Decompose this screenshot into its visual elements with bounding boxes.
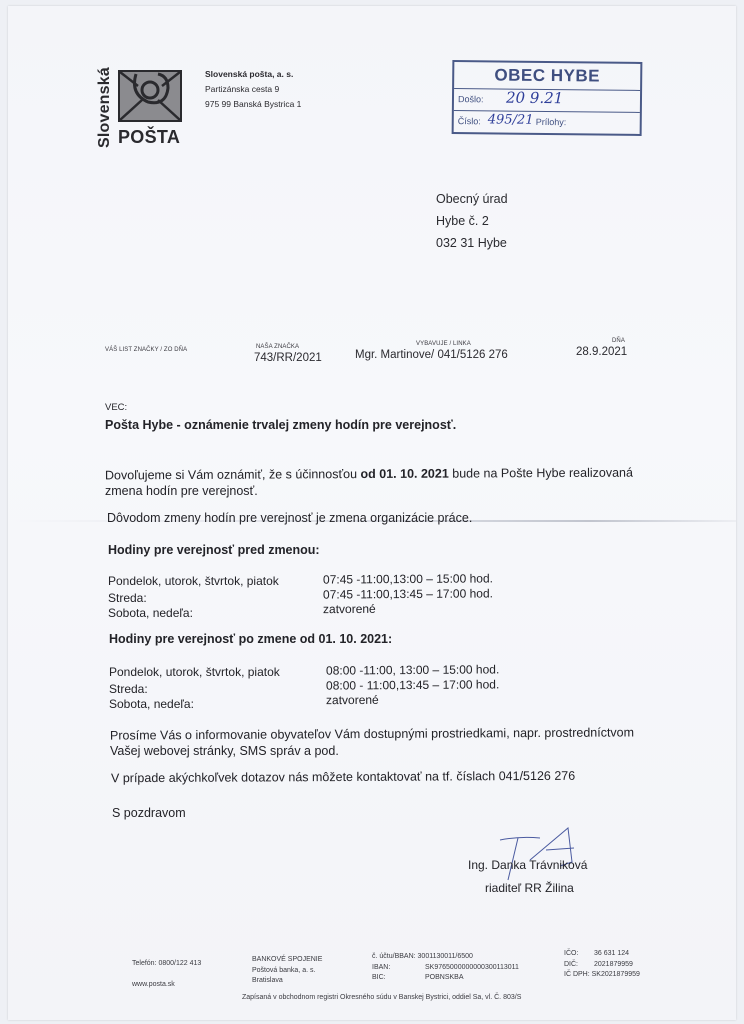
dic-label: DIČ: [564,961,578,968]
sender-address: Slovenská pošta, a. s. Partizánska cesta… [205,67,301,112]
stamp-number-label: Číslo: [458,116,481,126]
handled-by-label: VYBAVUJE / LINKA [416,341,471,347]
posthorn-logo-icon [118,70,182,122]
footer-web[interactable]: www.posta.sk [132,980,175,991]
hours-value: zatvorené [323,602,376,616]
sender-street: Partizánska cesta 9 [205,82,301,97]
account-value: 3001130011/6500 [418,953,473,960]
sender-city: 975 99 Banská Bystrica 1 [205,97,301,112]
footer-phone: Telefón: 0800/122 413 [132,959,201,970]
stamp-attachments-label: Prílohy: [536,112,567,133]
stamp-received-label: Došlo: [458,94,484,104]
received-stamp: OBEC HYBE Došlo: 20 9.21 Číslo: 495/21 P… [452,60,643,136]
hours-value: 08:00 -11:00, 13:00 – 15:00 hod. [326,662,499,677]
stamp-title: OBEC HYBE [454,62,640,91]
account-label: č. účtu/BBAN: [372,953,416,960]
reason-text: Dôvodom zmeny hodín pre verejnosť je zme… [107,511,472,525]
subject-title: Pošta Hybe - oznámenie trvalej zmeny hod… [105,418,456,432]
ico-label: IČO: [564,950,578,957]
stamp-number-value: 495/21 [488,109,534,130]
handwritten-signature-icon [480,822,590,882]
handled-by-value: Mgr. Martinove/ 041/5126 276 [355,349,508,361]
hours-days: Pondelok, utorok, štvrtok, piatok [109,665,280,679]
signatory-position: riaditeľ RR Žilina [485,881,574,895]
intro-pre: Dovoľujeme si Vám oznámiť, že s účinnosť… [105,467,361,482]
intro-effective-date: od 01. 10. 2021 [360,467,448,481]
stamp-received-value: 20 9.21 [506,88,563,110]
signatory-name: Ing. Danka Trávniková [468,858,587,872]
ico-value: 36 631 124 [594,949,629,960]
bic-value: POBNSKBA [425,973,464,984]
hours-days: Pondelok, utorok, štvrtok, piatok [108,574,279,588]
hours-value: zatvorené [326,693,379,707]
hours-value: 08:00 - 11:00,13:45 – 17:00 hod. [326,677,499,692]
stamp-number-row: Číslo: 495/21 Prílohy: [454,111,640,134]
footer-registry: Zapísaná v obchodnom registri Okresného … [242,993,521,1004]
recipient-address: Obecný úrad Hybe č. 2 032 31 Hybe [436,188,508,254]
footer-ids: IČO:36 631 124 DIČ:2021879959 IČ DPH: SK… [564,949,640,981]
date-value: 28.9.2021 [576,346,627,358]
iban-label: IBAN: [372,964,390,971]
intro-post: bude na Pošte Hybe realizovaná [449,466,633,481]
request-line2: Vašej webovej stránky, SMS správ a pod. [110,744,339,758]
intro-line2: zmena hodín pre verejnosť. [105,484,258,498]
hours-days: Sobota, nedeľa: [108,606,193,620]
dic-value: 2021879959 [594,960,633,971]
logo-posta-text: POŠTA [118,127,180,148]
footer-bank: BANKOVÉ SPOJENIE Poštová banka, a. s. Br… [252,955,322,987]
before-heading: Hodiny pre verejnosť pred zmenou: [108,543,320,557]
recipient-line3: 032 31 Hybe [436,232,508,254]
recipient-line1: Obecný úrad [436,188,508,210]
logo-vertical-text: Slovenská [96,67,114,148]
recipient-line2: Hybe č. 2 [436,210,508,232]
bic-label: BIC: [372,974,386,981]
contact-text: V prípade akýchkoľvek dotazov nás môžete… [111,769,575,785]
bank-city: Bratislava [252,976,322,987]
hours-days: Streda: [108,591,147,605]
intro-line1: Dovoľujeme si Vám oznámiť, že s účinnosť… [105,466,633,483]
hours-days: Streda: [109,682,148,696]
footer-account-labels: č. účtu/BBAN: 3001130011/6500 IBAN:SK976… [372,952,473,984]
stamp-received-row: Došlo: 20 9.21 [454,89,640,113]
sender-name: Slovenská pošta, a. s. [205,67,301,82]
hours-value: 07:45 -11:00,13:45 – 17:00 hod. [323,586,493,601]
after-heading: Hodiny pre verejnosť po zmene od 01. 10.… [109,632,392,646]
bank-name: Poštová banka, a. s. [252,966,322,977]
your-ref-label: VÁŠ LIST ZNAČKY / ZO DŇA [105,347,187,353]
closing-text: S pozdravom [112,806,186,820]
bank-heading: BANKOVÉ SPOJENIE [252,955,322,966]
date-label: DŇA [612,338,625,344]
iban-value: SK9765000000000300113011 [425,963,519,974]
subject-label: VEC: [105,402,127,413]
icdph-label: IČ DPH: [564,971,590,978]
our-ref-label: NAŠA ZNAČKA [256,344,299,350]
hours-value: 07:45 -11:00,13:00 – 15:00 hod. [323,571,493,586]
hours-days: Sobota, nedeľa: [109,697,194,711]
icdph-value: SK2021879959 [592,971,640,978]
our-ref-value: 743/RR/2021 [254,352,322,364]
